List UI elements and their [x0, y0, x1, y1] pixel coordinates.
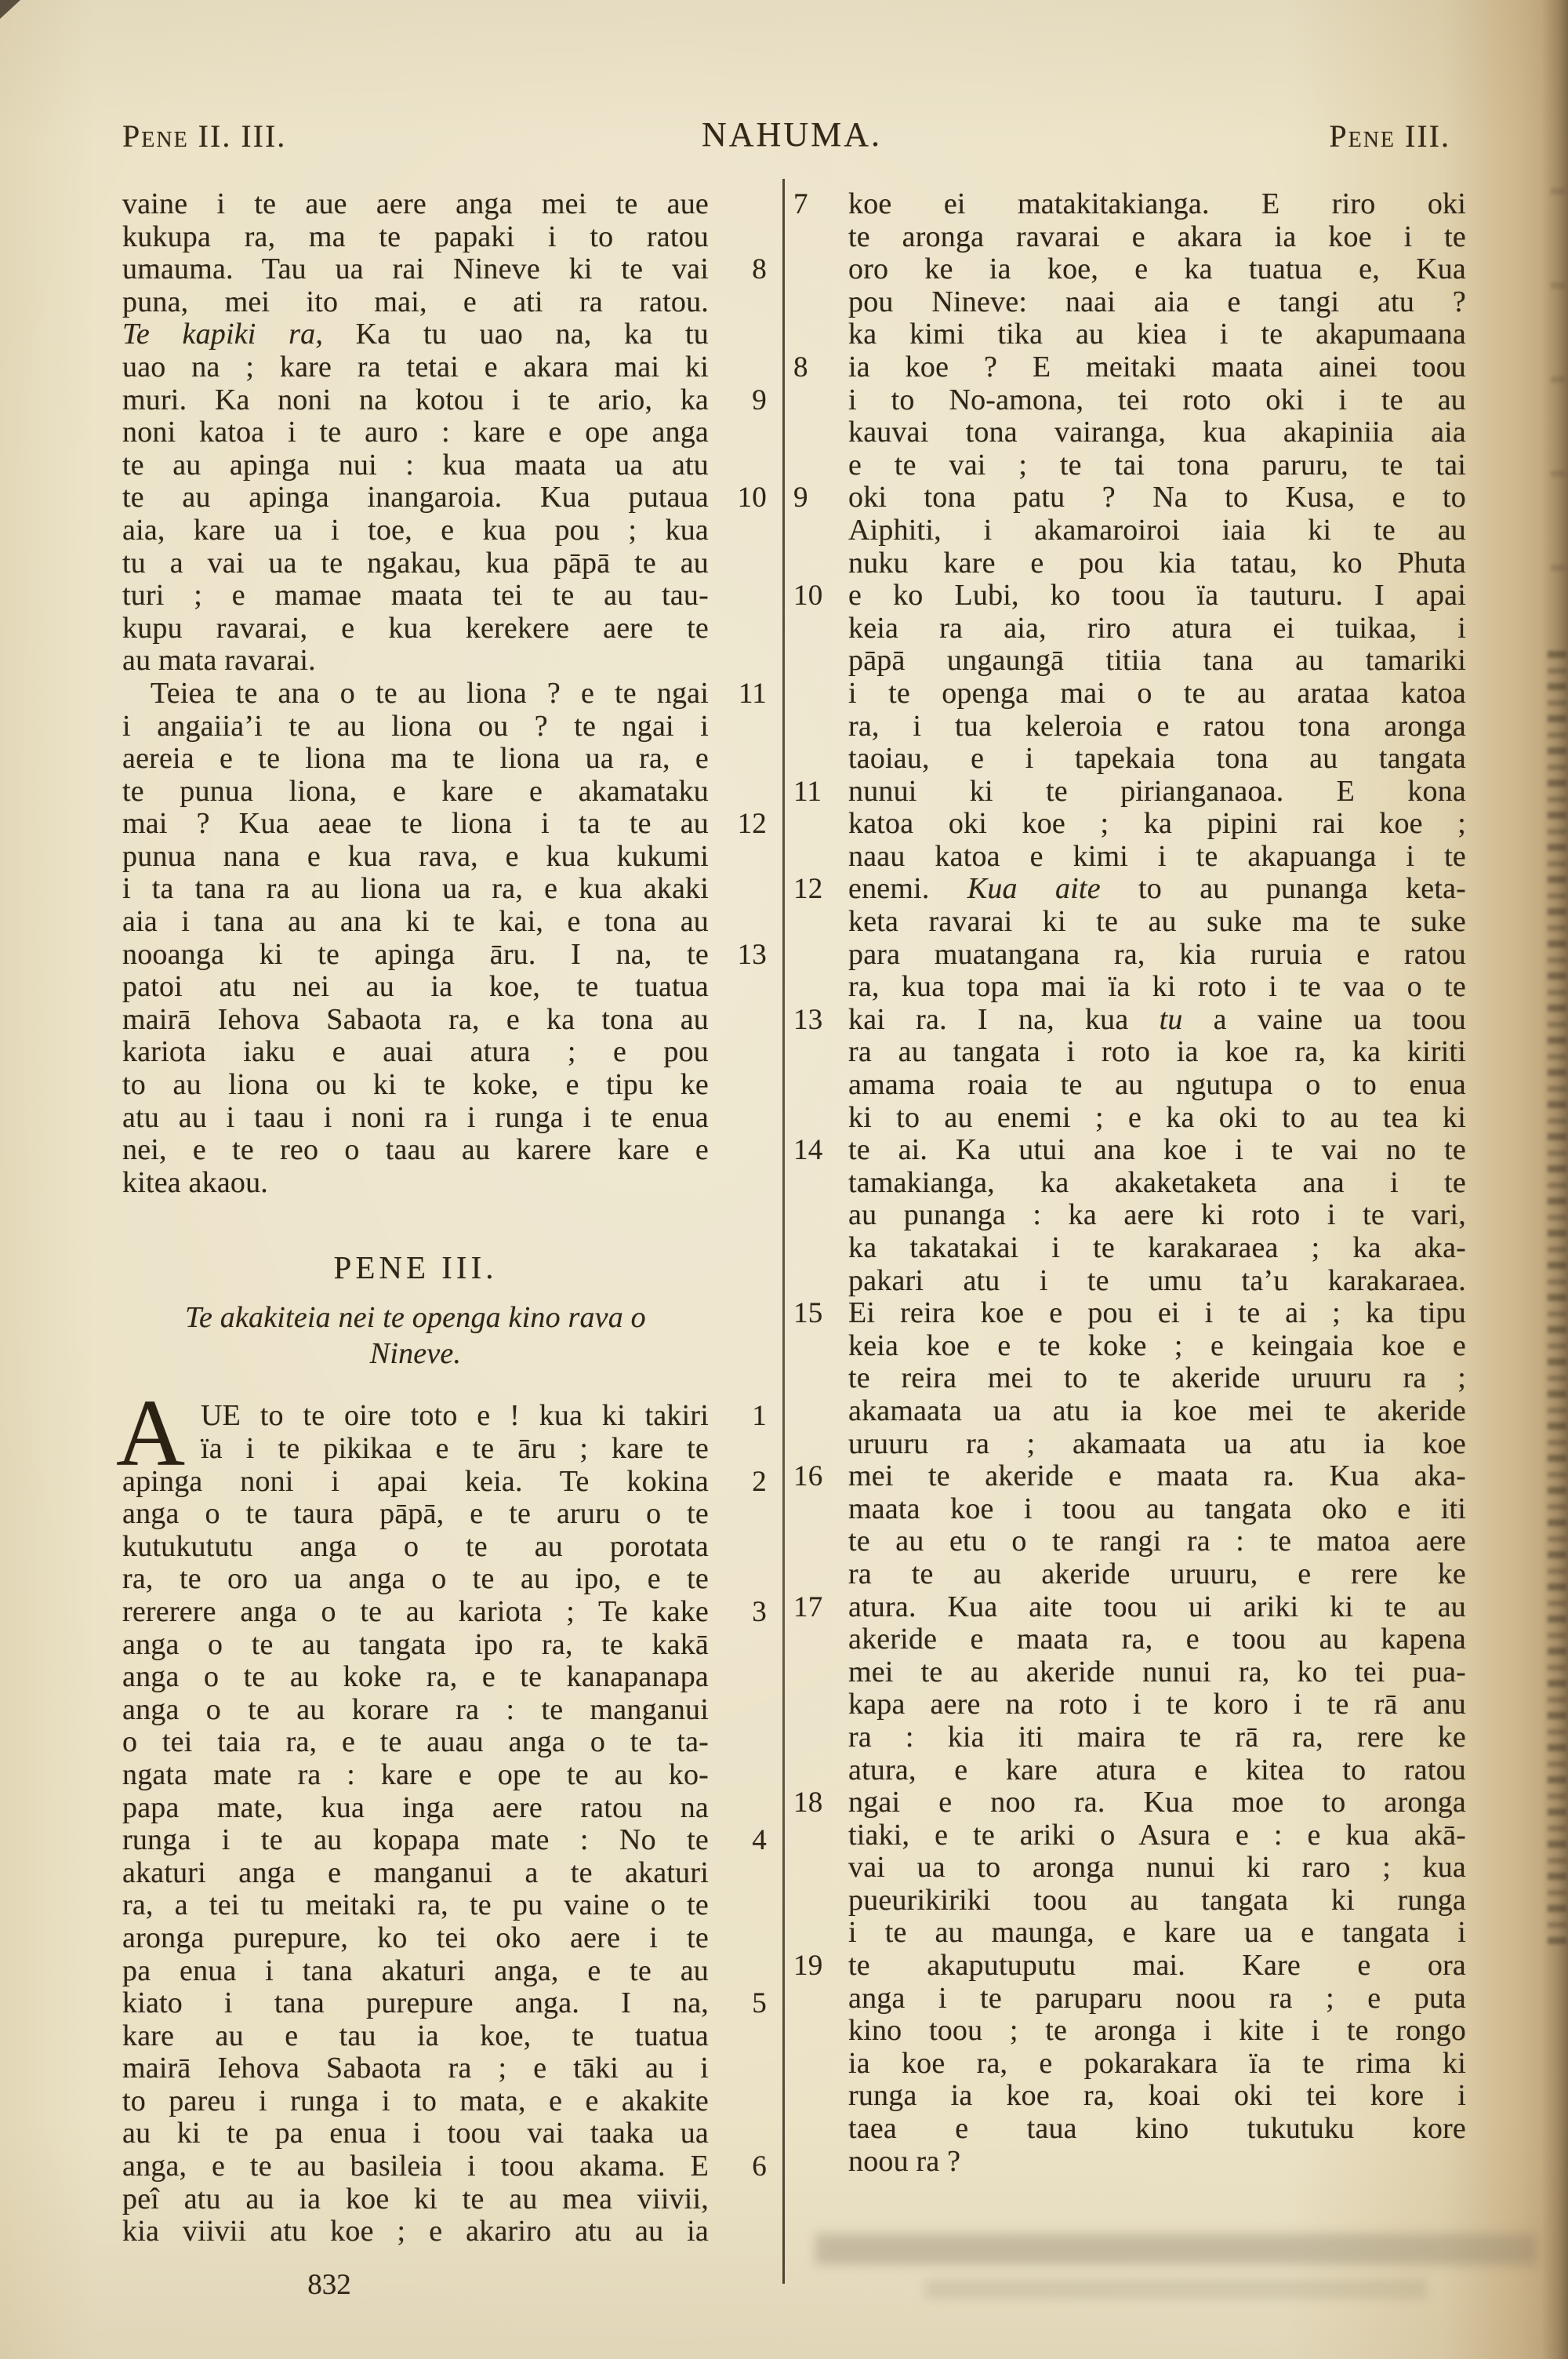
verse-number: 1 — [752, 1400, 767, 1433]
show-through-smudge — [925, 2279, 1427, 2299]
right-column: koe ei matakitakianga. E riro oki7te aro… — [848, 188, 1466, 2178]
text-line: ia koe ? E meitaki maata ainei toou8 — [848, 351, 1466, 384]
text-line: kupu ravarai, e kua kerekere aere te — [122, 612, 709, 645]
text-line: i te openga mai o te au arataa katoa — [848, 678, 1466, 711]
chapter-text: UE to te oire toto e ! kua ki takiri1ïa … — [122, 1400, 709, 2248]
text-line: uruuru ra ; akamaata ua atu ia koe — [848, 1428, 1466, 1461]
text-line: muri. Ka noni na kotou i te ario, ka9 — [122, 384, 709, 417]
text-line: ra, a tei tu meitaki ra, te pu vaine o t… — [122, 1889, 709, 1922]
text-line: te ai. Ka utui ana koe i te vai no te14 — [848, 1134, 1466, 1167]
text-line: pou Nineve: naai aia e tangi atu ? — [848, 286, 1466, 319]
text-line: tu a vai ua te ngakau, kua pāpā te au — [122, 547, 709, 580]
text-line: pa enua i tana akaturi anga, e te au — [122, 1955, 709, 1988]
text-line: patoi atu nei au ia koe, te tuatua — [122, 971, 709, 1004]
verse-number: 18 — [793, 1787, 822, 1819]
text-line: noni katoa i te auro : kare e ope anga — [122, 416, 709, 449]
scanned-page: Pene II. III. NAHUMA. Pene III. vaine i … — [0, 0, 1568, 2359]
text-line: taoiau, e i tapekaia tona au tangata — [848, 743, 1466, 776]
text-line: anga i te paruparu noou ra ; e puta — [848, 1983, 1466, 2016]
text-line: to pareu i runga i to mata, e e akakite — [122, 2085, 709, 2118]
text-line: ki to au enemi ; e ka oki to au tea ki — [848, 1102, 1466, 1135]
text-line: mairā Iehova Sabaota ra, e ka tona au — [122, 1004, 709, 1037]
text-line: akamaata ua atu ia koe mei te akeride — [848, 1395, 1466, 1428]
text-line: nooanga ki te apinga āru. I na, te13 — [122, 939, 709, 972]
verse-number: 17 — [793, 1591, 822, 1624]
text-line: kariota iaku e auai atura ; e pou — [122, 1036, 709, 1069]
text-line: anga o te taura pāpā, e te aruru o te — [122, 1498, 709, 1531]
text-line: Ei reira koe e pou ei i te ai ; ka tipu1… — [848, 1297, 1466, 1330]
text-line: to au liona ou ki te koke, e tipu ke — [122, 1069, 709, 1102]
text-line: akaturi anga e manganui a te akaturi — [122, 1857, 709, 1890]
text-line: ra, te oro ua anga o te au ipo, e te — [122, 1563, 709, 1596]
verse-number: 13 — [738, 939, 767, 972]
text-line: au punanga : ka aere ki roto i te vari, — [848, 1199, 1466, 1232]
text-line: kino toou ; te aronga i kite i te rongo — [848, 2015, 1466, 2048]
drop-cap: A — [116, 1400, 185, 1467]
text-line: kare au e tau ia koe, te tuatua — [122, 2020, 709, 2053]
text-line: keta ravarai ki te au suke ma te suke — [848, 906, 1466, 939]
text-line: mai ? Kua aeae te liona i ta te au12 — [122, 808, 709, 841]
text-line: ra au tangata i roto ia koe ra, ka kirit… — [848, 1036, 1466, 1069]
text-line: puna, mei ito mai, e ati ra ratou. — [122, 286, 709, 319]
text-line: pakari atu i te umu ta’u karakaraea. — [848, 1265, 1466, 1298]
text-line: maata koe i toou au tangata oko e iti — [848, 1493, 1466, 1526]
text-line: atura. Kua aite toou ui ariki ki te au17 — [848, 1591, 1466, 1624]
text-line: te punua liona, e kare e akamataku — [122, 776, 709, 809]
text-line: akeride e maata ra, e toou au kapena — [848, 1623, 1466, 1656]
text-line: noou ra ? — [848, 2146, 1466, 2179]
text-line: runga i te au kopapa mate : No te4 — [122, 1824, 709, 1857]
text-line: ngata mate ra : kare e ope te au ko- — [122, 1759, 709, 1792]
verse-number: 8 — [793, 351, 808, 384]
text-line: keia koe e te koke ; e keingaia koe e — [848, 1330, 1466, 1363]
page-number: 832 — [235, 2268, 423, 2302]
text-line: te au etu o te rangi ra : te matoa aere — [848, 1525, 1466, 1558]
verse-number: 12 — [793, 873, 822, 906]
text-line: kutukututu anga o te au porotata — [122, 1531, 709, 1564]
chapter-paragraph: A UE to te oire toto e ! kua ki takiri1ï… — [122, 1400, 709, 2248]
scan-corner-artifact — [0, 0, 20, 19]
verse-number: 11 — [793, 776, 822, 809]
text-line: te akaputuputu mai. Kare e ora19 — [848, 1950, 1466, 1983]
text-line: ka takatakai i te karakaraea ; ka aka- — [848, 1232, 1466, 1265]
text-line: oki tona patu ? Na to Kusa, e to9 — [848, 482, 1466, 514]
left-column: vaine i te aue aere anga mei te auekukup… — [122, 188, 709, 2248]
text-line: naau katoa e kimi i te akapuanga i te — [848, 841, 1466, 874]
text-line: te aronga ravarai e akara ia koe i te — [848, 221, 1466, 254]
text-line: nuku kare e pou kia tatau, ko Phuta — [848, 547, 1466, 580]
text-line: keia ra aia, riro atura ei tuikaa, i — [848, 612, 1466, 645]
text-line: oro ke ia koe, e ka tuatua e, Kua — [848, 253, 1466, 286]
text-line: tamakianga, ka akaketaketa ana i te — [848, 1167, 1466, 1200]
text-line: punua nana e kua rava, e kua kukumi — [122, 841, 709, 874]
text-line: tiaki, e te ariki o Asura e : e kua akā- — [848, 1819, 1466, 1852]
text-line: au ki te pa enua i toou vai taaka ua — [122, 2117, 709, 2150]
text-line: mairā Iehova Sabaota ra ; e tāki au i — [122, 2052, 709, 2085]
verse-number: 9 — [752, 384, 767, 417]
text-line: Te kapiki ra, Ka tu uao na, ka tu — [122, 318, 709, 351]
chapter-subtitle: Te akakiteia nei te openga kino rava o — [122, 1299, 709, 1336]
verse-number: 14 — [793, 1134, 822, 1167]
text-line: ka kimi tika au kiea i te akapumaana — [848, 318, 1466, 351]
text-line: anga o te au koke ra, e te kanapanapa — [122, 1661, 709, 1694]
verse-number: 10 — [738, 482, 767, 514]
text-line: pāpā ungaungā titiia tana au tamariki — [848, 645, 1466, 678]
text-line: turi ; e mamae maata tei te au tau- — [122, 580, 709, 612]
text-line: UE to te oire toto e ! kua ki takiri1 — [201, 1400, 709, 1433]
text-line: kukupa ra, ma te papaki i to ratou — [122, 221, 709, 254]
text-line: atura, e kare atura e kitea to ratou — [848, 1754, 1466, 1787]
text-line: nei, e te reo o taau au karere kare e — [122, 1134, 709, 1167]
text-line: vaine i te aue aere anga mei te aue — [122, 188, 709, 221]
text-line: katoa oki koe ; ka pipini rai koe ; — [848, 808, 1466, 841]
text-line: atu au i taau i noni ra i runga i te enu… — [122, 1102, 709, 1135]
text-line: au mata ravarai. — [122, 645, 709, 678]
verse-number: 16 — [793, 1460, 822, 1493]
text-line: ngai e noo ra. Kua moe to aronga18 — [848, 1787, 1466, 1819]
text-line: kauvai tona vairanga, kua akapiniia aia — [848, 416, 1466, 449]
text-line: taea e taua kino tukutuku kore — [848, 2113, 1466, 2146]
text-line: e ko Lubi, ko toou ïa tauturu. I apai10 — [848, 580, 1466, 612]
adjacent-page-text-marks — [1548, 651, 1566, 1953]
text-line: anga, e te au basileia i toou akama. E6 — [122, 2150, 709, 2183]
chapter-heading: PENE III. — [122, 1248, 709, 1287]
text-line: e te vai ; te tai tona paruru, te tai — [848, 449, 1466, 482]
text-line: kai ra. I na, kua tu a vaine ua toou13 — [848, 1004, 1466, 1037]
column-divider — [782, 179, 785, 2284]
text-line: Aiphiti, i akamaroiroi iaia ki te au — [848, 514, 1466, 547]
text-line: i angaiia’i te au liona ou ? te ngai i — [122, 711, 709, 743]
adjacent-page-text-marks — [1551, 141, 1565, 580]
text-line: kapa aere na roto i te koro i te rā anu — [848, 1688, 1466, 1721]
text-line: ra, i tua keleroia e ratou tona aronga — [848, 711, 1466, 743]
right-column-text: koe ei matakitakianga. E riro oki7te aro… — [848, 188, 1466, 2178]
verse-number: 6 — [752, 2150, 767, 2183]
page-header: Pene II. III. NAHUMA. Pene III. — [0, 118, 1568, 165]
verse-number: 11 — [710, 678, 767, 711]
verse-number: 10 — [793, 580, 822, 612]
text-line: anga o te au korare ra : te manganui — [122, 1694, 709, 1727]
text-line: para muatangana ra, kia ruruia e ratou — [848, 939, 1466, 972]
text-line: vai ua to aronga nunui ki raro ; kua — [848, 1852, 1466, 1885]
text-line: ra : kia iti maira te rā ra, rere ke — [848, 1721, 1466, 1754]
text-line: te reira mei to te akeride uruuru ra ; — [848, 1362, 1466, 1395]
text-line: te au apinga inangaroia. Kua putaua10 — [122, 482, 709, 514]
running-head-right: Pene III. — [1329, 118, 1450, 154]
text-line: aereia e te liona ma te liona ua ra, e — [122, 743, 709, 776]
verse-number: 9 — [793, 482, 808, 514]
verse-number: 4 — [752, 1824, 767, 1857]
text-line: koe ei matakitakianga. E riro oki7 — [848, 188, 1466, 221]
verse-number: 8 — [752, 253, 767, 286]
text-line: o tei taia ra, e te auau anga o te ta- — [122, 1726, 709, 1759]
verse-number: 5 — [752, 1987, 767, 2020]
text-line: ra, kua topa mai ïa ki roto i te vaa o t… — [848, 971, 1466, 1004]
text-line: ra te au akeride uruuru, e rere ke — [848, 1558, 1466, 1591]
verse-number: 3 — [752, 1596, 767, 1629]
text-line: apinga noni i apai keia. Te kokina2 — [122, 1466, 709, 1499]
text-line: ïa i te pikikaa e te āru ; kare te — [201, 1433, 709, 1466]
verse-number: 13 — [793, 1004, 822, 1037]
text-line: mei te akeride e maata ra. Kua aka-16 — [848, 1460, 1466, 1493]
text-line: amama roaia te au ngutupa o to enua — [848, 1069, 1466, 1102]
text-line: ia koe ra, e pokarakara ïa te rima ki — [848, 2048, 1466, 2081]
text-line: i te au maunga, e kare ua e tangata i — [848, 1917, 1466, 1950]
text-line: nunui ki te pirianganaoa. E kona11 — [848, 776, 1466, 809]
text-line: i to No-amona, tei roto oki i te au — [848, 384, 1466, 417]
text-line: papa mate, kua inga aere ratou na — [122, 1792, 709, 1825]
verse-number: 7 — [793, 188, 808, 221]
text-line: peî atu au ia koe ki te au mea viivii, — [122, 2183, 709, 2216]
text-line: i ta tana ra au liona ua ra, e kua akaki — [122, 873, 709, 906]
text-line: aronga purepure, ko tei oko aere i te — [122, 1922, 709, 1955]
show-through-smudge — [815, 2234, 1537, 2265]
verse-number: 2 — [752, 1466, 767, 1499]
text-line: mei te au akeride nunui ra, ko tei pua- — [848, 1656, 1466, 1689]
chapter-subtitle: Nineve. — [122, 1336, 709, 1372]
text-line: te au apinga nui : kua maata ua atu — [122, 449, 709, 482]
verse-number: 19 — [793, 1950, 822, 1983]
text-line: rererere anga o te au kariota ; Te kake3 — [122, 1596, 709, 1629]
text-line: kitea akaou. — [122, 1167, 709, 1200]
running-head-left: Pene II. III. — [122, 118, 286, 154]
left-column-text: vaine i te aue aere anga mei te auekukup… — [122, 188, 709, 1199]
text-line: Teiea te ana o te au liona ? e te ngai11 — [122, 678, 709, 711]
text-line: pueurikiriki toou au tangata ki runga — [848, 1885, 1466, 1917]
text-line: uao na ; kare ra tetai e akara mai ki — [122, 351, 709, 384]
text-line: aia, kare ua i toe, e kua pou ; kua — [122, 514, 709, 547]
text-line: aia i tana au ana ki te kai, e tona au — [122, 906, 709, 939]
verse-number: 12 — [738, 808, 767, 841]
text-line: kia viivii atu koe ; e akariro atu au ia — [122, 2215, 709, 2248]
verse-number: 15 — [793, 1297, 822, 1330]
running-head-title: NAHUMA. — [549, 114, 1035, 154]
text-line: runga ia koe ra, koai oki tei kore i — [848, 2080, 1466, 2113]
text-line: anga o te au tangata ipo ra, te kakā — [122, 1629, 709, 1662]
text-line: kiato i tana purepure anga. I na,5 — [122, 1987, 709, 2020]
text-line: umauma. Tau ua rai Nineve ki te vai8 — [122, 253, 709, 286]
text-line: enemi. Kua aite to au punanga keta-12 — [848, 873, 1466, 906]
